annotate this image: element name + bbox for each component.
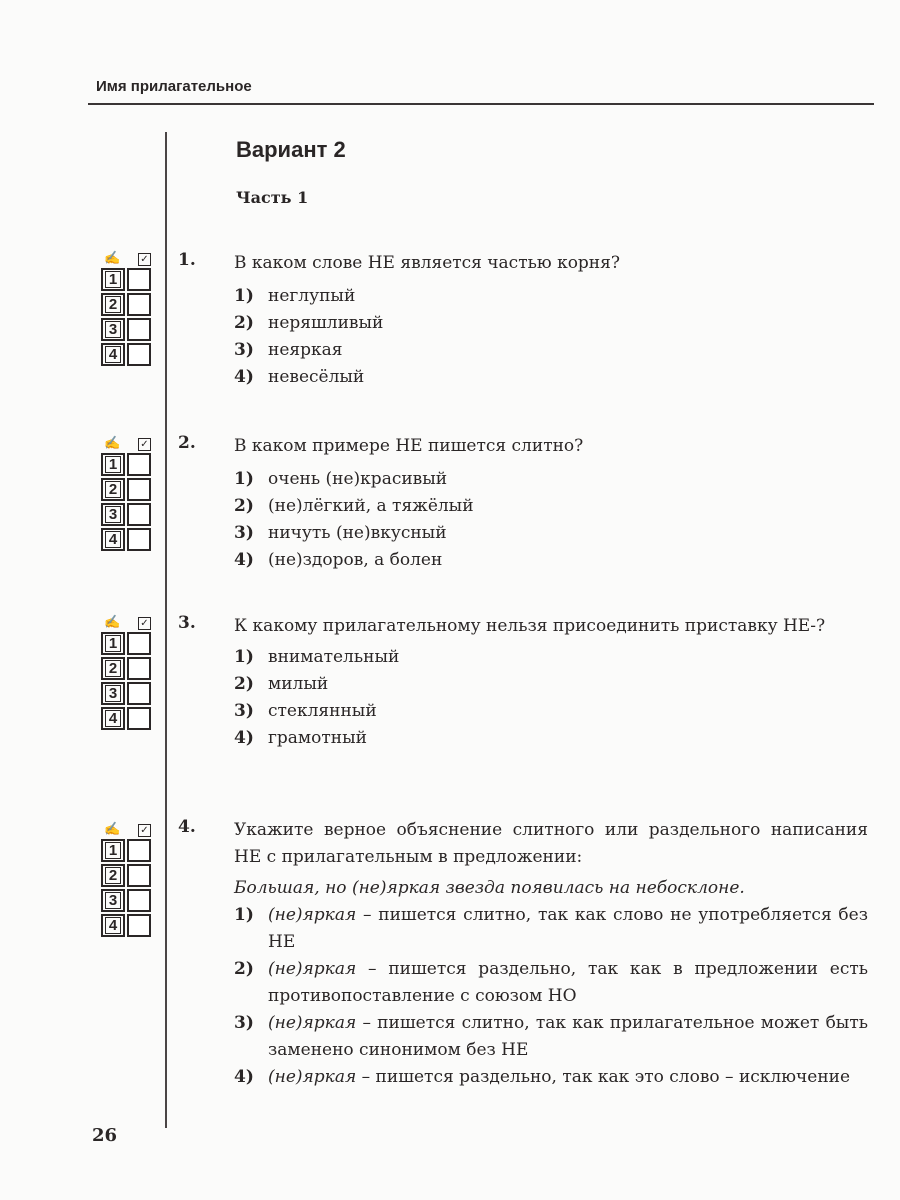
answer-cell[interactable] — [127, 503, 151, 526]
option-number: 2) — [234, 671, 268, 698]
option-word: (не)яркая — [268, 959, 356, 979]
option-explanation: – пишется слитно, так как слово не употр… — [268, 905, 868, 952]
answer-cell[interactable] — [127, 478, 151, 501]
option-item: 4)(не)яркая – пишется раздельно, так как… — [234, 1064, 868, 1091]
pen-icon: ✍ — [104, 616, 120, 630]
option-number: 2) — [234, 493, 268, 520]
answer-grid-q3: ✍ ✓ 1 2 3 4 — [101, 616, 153, 732]
grid-number: 1 — [105, 456, 121, 473]
grid-number: 4 — [105, 710, 121, 727]
option-text: стеклянный — [268, 698, 868, 725]
option-item: 3)(не)яркая – пишется слитно, так как пр… — [234, 1010, 868, 1064]
checkbox-icon: ✓ — [138, 617, 151, 630]
question-4: 4. Укажите верное объяснение слитного ил… — [178, 817, 868, 1091]
checkbox-icon: ✓ — [138, 824, 151, 837]
part-title: Часть 1 — [236, 188, 308, 207]
option-item: 2)неряшливый — [234, 310, 868, 337]
option-item: 4)невесёлый — [234, 364, 868, 391]
option-number: 2) — [234, 310, 268, 337]
option-text: (не)яркая – пишется раздельно, так как в… — [268, 956, 868, 1010]
checkbox-icon: ✓ — [138, 438, 151, 451]
grid-number: 1 — [105, 271, 121, 288]
option-text: (не)лёгкий, а тяжёлый — [268, 493, 868, 520]
option-number: 2) — [234, 956, 268, 1010]
question-2: 2. В каком примере НЕ пишется слитно? 1)… — [178, 433, 868, 574]
option-number: 1) — [234, 902, 268, 956]
option-number: 1) — [234, 466, 268, 493]
option-explanation: – пишется слитно, так как прилагательное… — [268, 1013, 868, 1060]
answer-grid-q4: ✍ ✓ 1 2 3 4 — [101, 823, 153, 939]
options-list: 1)неглупый 2)неряшливый 3)неяркая 4)неве… — [234, 283, 868, 391]
question-1: 1. В каком слове НЕ является частью корн… — [178, 250, 868, 391]
grid-number: 2 — [105, 660, 121, 677]
pen-icon: ✍ — [104, 252, 120, 266]
grid-number: 3 — [105, 685, 121, 702]
option-number: 3) — [234, 337, 268, 364]
option-number: 3) — [234, 698, 268, 725]
option-text: (не)здоров, а болен — [268, 547, 868, 574]
answer-cell[interactable] — [127, 889, 151, 912]
option-item: 2)(не)яркая – пишется раздельно, так как… — [234, 956, 868, 1010]
answer-cell[interactable] — [127, 453, 151, 476]
question-text: В каком слове НЕ является частью корня? — [234, 250, 868, 277]
question-text: В каком примере НЕ пишется слитно? — [234, 433, 868, 460]
option-explanation: – пишется раздельно, так как это слово –… — [356, 1067, 850, 1087]
answer-cell[interactable] — [127, 632, 151, 655]
option-item: 2)милый — [234, 671, 868, 698]
grid-number: 2 — [105, 296, 121, 313]
option-item: 2)(не)лёгкий, а тяжёлый — [234, 493, 868, 520]
answer-cell[interactable] — [127, 318, 151, 341]
option-item: 4)грамотный — [234, 725, 868, 752]
pen-icon: ✍ — [104, 437, 120, 451]
grid-number: 4 — [105, 531, 121, 548]
question-text: Укажите верное объяснение слитного или р… — [234, 817, 868, 871]
option-number: 4) — [234, 725, 268, 752]
grid-number: 3 — [105, 892, 121, 909]
option-text: грамотный — [268, 725, 868, 752]
checkbox-icon: ✓ — [138, 253, 151, 266]
answer-cell[interactable] — [127, 839, 151, 862]
option-text: неряшливый — [268, 310, 868, 337]
option-text: невесёлый — [268, 364, 868, 391]
option-item: 1)очень (не)красивый — [234, 466, 868, 493]
question-number: 4. — [178, 817, 196, 837]
option-item: 3)неяркая — [234, 337, 868, 364]
grid-number: 3 — [105, 506, 121, 523]
option-item: 1)(не)яркая – пишется слитно, так как сл… — [234, 902, 868, 956]
option-number: 1) — [234, 644, 268, 671]
option-item: 3)ничуть (не)вкусный — [234, 520, 868, 547]
question-number: 3. — [178, 613, 196, 633]
option-word: (не)яркая — [268, 1067, 356, 1087]
option-item: 1)неглупый — [234, 283, 868, 310]
grid-number: 2 — [105, 867, 121, 884]
answer-cell[interactable] — [127, 268, 151, 291]
answer-cell[interactable] — [127, 343, 151, 366]
option-number: 4) — [234, 364, 268, 391]
option-number: 3) — [234, 1010, 268, 1064]
options-list: 1)очень (не)красивый 2)(не)лёгкий, а тяж… — [234, 466, 868, 574]
question-number: 2. — [178, 433, 196, 453]
section-header-title: Имя прилагательное — [96, 78, 252, 95]
option-text: неяркая — [268, 337, 868, 364]
option-text: милый — [268, 671, 868, 698]
answer-cell[interactable] — [127, 528, 151, 551]
option-number: 3) — [234, 520, 268, 547]
options-list: 1)внимательный 2)милый 3)стеклянный 4)гр… — [234, 644, 868, 752]
option-text: (не)яркая – пишется слитно, так как прил… — [268, 1010, 868, 1064]
option-text: внимательный — [268, 644, 868, 671]
option-item: 1)внимательный — [234, 644, 868, 671]
grid-number: 4 — [105, 346, 121, 363]
grid-number: 1 — [105, 635, 121, 652]
margin-divider — [165, 132, 167, 1128]
example-sentence: Большая, но (не)яркая звезда появилась н… — [234, 875, 868, 902]
answer-cell[interactable] — [127, 293, 151, 316]
option-number: 4) — [234, 547, 268, 574]
option-text: неглупый — [268, 283, 868, 310]
answer-cell[interactable] — [127, 864, 151, 887]
pen-icon: ✍ — [104, 823, 120, 837]
page-number: 26 — [92, 1125, 117, 1146]
answer-grid-q2: ✍ ✓ 1 2 3 4 — [101, 437, 153, 553]
grid-number: 2 — [105, 481, 121, 498]
option-text: очень (не)красивый — [268, 466, 868, 493]
grid-number: 1 — [105, 842, 121, 859]
option-number: 4) — [234, 1064, 268, 1091]
question-text: К какому прилагательному нельзя присоеди… — [234, 613, 868, 640]
question-number: 1. — [178, 250, 196, 270]
option-number: 1) — [234, 283, 268, 310]
option-item: 4)(не)здоров, а болен — [234, 547, 868, 574]
option-word: (не)яркая — [268, 1013, 356, 1033]
grid-number: 3 — [105, 321, 121, 338]
answer-cell[interactable] — [127, 707, 151, 730]
option-text: ничуть (не)вкусный — [268, 520, 868, 547]
option-text: (не)яркая – пишется раздельно, так как э… — [268, 1064, 868, 1091]
question-3: 3. К какому прилагательному нельзя присо… — [178, 613, 868, 752]
answer-grid-q1: ✍ ✓ 1 2 3 4 — [101, 252, 153, 368]
option-item: 3)стеклянный — [234, 698, 868, 725]
options-list: 1)(не)яркая – пишется слитно, так как сл… — [234, 902, 868, 1091]
header-divider — [88, 103, 874, 105]
option-explanation: – пишется раздельно, так как в предложен… — [268, 959, 868, 1006]
answer-cell[interactable] — [127, 682, 151, 705]
answer-cell[interactable] — [127, 914, 151, 937]
grid-number: 4 — [105, 917, 121, 934]
variant-title: Вариант 2 — [236, 137, 346, 163]
answer-cell[interactable] — [127, 657, 151, 680]
option-text: (не)яркая – пишется слитно, так как слов… — [268, 902, 868, 956]
option-word: (не)яркая — [268, 905, 356, 925]
